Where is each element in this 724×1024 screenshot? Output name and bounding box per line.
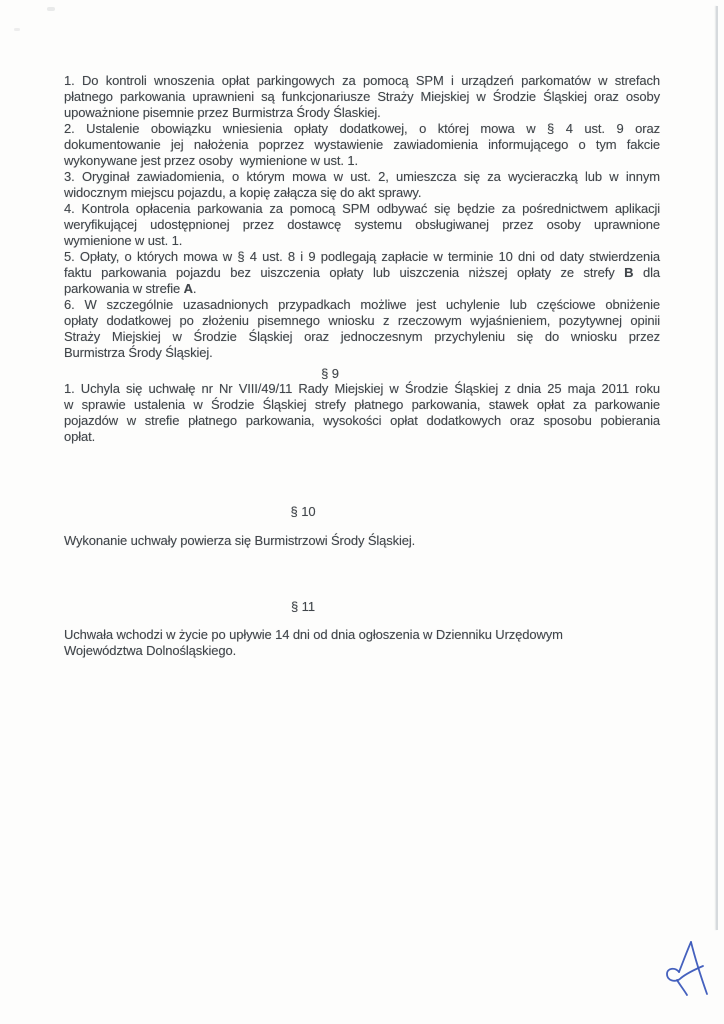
text-line: wymienione w ust. 1.: [64, 233, 660, 249]
signature-left-leg-stroke: [679, 942, 691, 972]
text-line: parkowania w strefie A.: [64, 281, 660, 297]
paragraph-block-section-10: Wykonanie uchwały powierza się Burmistrz…: [64, 533, 660, 549]
text-line: w sprawie ustalenia w Środzie Śląskiej s…: [64, 397, 660, 413]
text-line: Wykonanie uchwały powierza się Burmistrz…: [64, 533, 660, 549]
text-line: widocznym miejscu pojazdu, a kopię załąc…: [64, 185, 660, 201]
signature-tail-stroke: [677, 980, 687, 995]
handwritten-initial-signature: [654, 933, 724, 1021]
text-line: faktu parkowania pojazdu bez uiszczenia …: [64, 265, 660, 281]
text-line: Województwa Dolnośląskiego.: [64, 643, 660, 659]
text-line: wykonywane jest przez osoby wymienione w…: [64, 153, 660, 169]
text-line: 3. Oryginał zawiadomienia, o którym mowa…: [64, 169, 660, 185]
text-line: 1. Uchyla się uchwałę nr Nr VIII/49/11 R…: [64, 381, 660, 397]
paragraph-block-ust-1-6: 1. Do kontroli wnoszenia opłat parkingow…: [64, 73, 660, 361]
text-line: Burmistrza Środy Śląskiej.: [64, 345, 660, 361]
document-content: 1. Do kontroli wnoszenia opłat parkingow…: [0, 0, 724, 1024]
paragraph-block-section-9: 1. Uchyla się uchwałę nr Nr VIII/49/11 R…: [64, 381, 660, 445]
section-heading-10: § 10: [64, 504, 542, 520]
text-line: Straży Miejskiej w Środzie Śląskiej oraz…: [64, 329, 660, 345]
text-line: upoważnione pisemnie przez Burmistrza Śr…: [64, 105, 660, 121]
scanned-document-page: 1. Do kontroli wnoszenia opłat parkingow…: [0, 0, 724, 1024]
text-line: 5. Opłaty, o których mowa w § 4 ust. 8 i…: [64, 249, 660, 265]
section-heading-9: § 9: [64, 366, 596, 382]
text-line: Uchwała wchodzi w życie po upływie 14 dn…: [64, 627, 660, 643]
text-line: opłat.: [64, 429, 660, 445]
paragraph-block-section-11: Uchwała wchodzi w życie po upływie 14 dn…: [64, 627, 660, 659]
text-line: dokumentowanie jej nałożenia poprzez wys…: [64, 137, 660, 153]
text-line: pojazdów w strefie płatnego parkowania, …: [64, 413, 660, 429]
signature-loop-crossbar-stroke: [667, 966, 703, 981]
text-line: 6. W szczególnie uzasadnionych przypadka…: [64, 297, 660, 313]
text-line: opłaty dodatkowej po złożeniu pisemnego …: [64, 313, 660, 329]
text-line: 1. Do kontroli wnoszenia opłat parkingow…: [64, 73, 660, 89]
section-heading-11: § 11: [64, 599, 542, 615]
text-line: 2. Ustalenie obowiązku wniesienia opłaty…: [64, 121, 660, 137]
text-line: płatnego parkowania uprawnieni są funkcj…: [64, 89, 660, 105]
text-line: weryfikującej udostępnionej przez dostaw…: [64, 217, 660, 233]
text-line: 4. Kontrola opłacenia parkowania za pomo…: [64, 201, 660, 217]
